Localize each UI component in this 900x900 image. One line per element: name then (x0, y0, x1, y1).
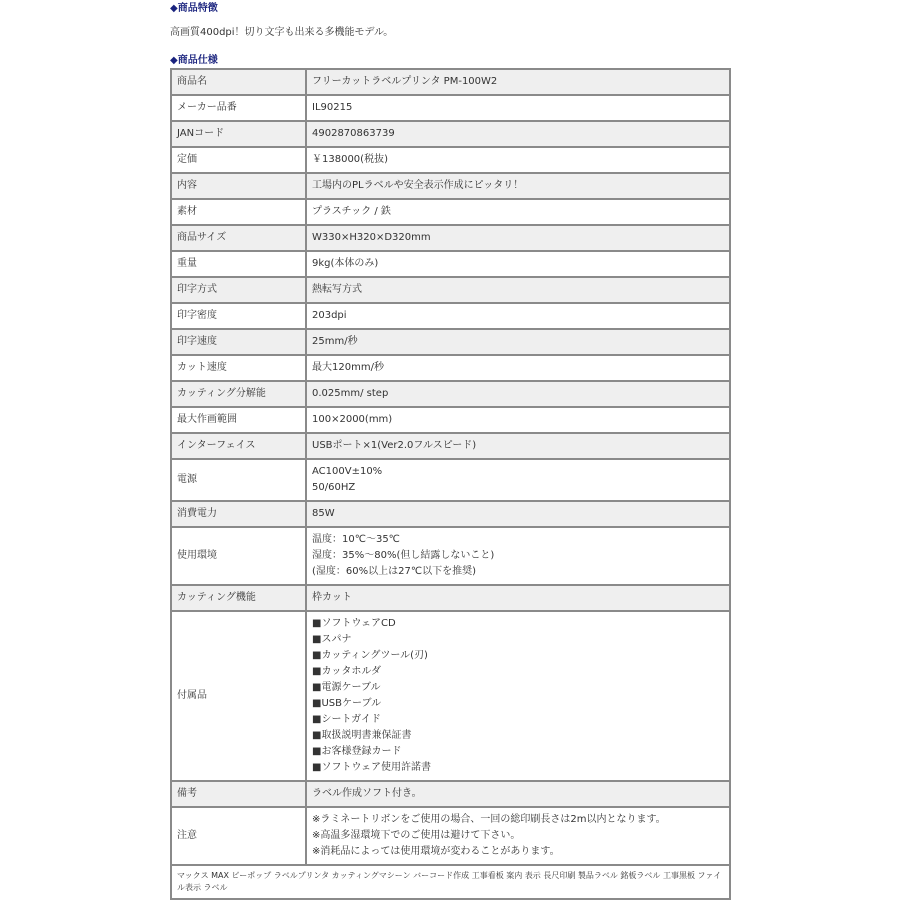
keywords-text: マックス MAX ビーポップ ラベルプリンタ カッティングマシーン バーコード作… (172, 866, 729, 898)
spec-value-line: 熱転写方式 (312, 282, 724, 298)
spec-label: 消費電力 (172, 502, 307, 528)
spec-label: 商品サイズ (172, 226, 307, 252)
spec-value-line: ■シートガイド (312, 712, 724, 728)
spec-label: 備考 (172, 782, 307, 808)
spec-label: 素材 (172, 200, 307, 226)
features-heading: ◆商品特徴 (170, 2, 732, 16)
spec-label: カッティング機能 (172, 586, 307, 612)
spec-value: ラベル作成ソフト付き。 (307, 782, 729, 808)
spec-value: 工場内のPLラベルや安全表示作成にピッタリ！ (307, 174, 729, 200)
spec-row: 商品名フリーカットラベルプリンタ PM-100W2 (172, 70, 729, 96)
spec-label: 商品名 (172, 70, 307, 96)
spec-value-line: ■ソフトウェアCD (312, 616, 724, 632)
spec-value-line: ￥138000(税抜) (312, 152, 724, 168)
spec-label: 最大作画範囲 (172, 408, 307, 434)
spec-value-line: 温度：10℃～35℃ (312, 532, 724, 548)
spec-label: カット速度 (172, 356, 307, 382)
spec-row: 注意※ラミネートリボンをご使用の場合、一回の総印刷長さは2m以内となります。※高… (172, 808, 729, 866)
spec-label: 内容 (172, 174, 307, 200)
spec-row: 印字密度203dpi (172, 304, 729, 330)
spec-value: ※ラミネートリボンをご使用の場合、一回の総印刷長さは2m以内となります。※高温多… (307, 808, 729, 866)
spec-value: AC100V±10%50/60HZ (307, 460, 729, 502)
spec-value: 100×2000(mm) (307, 408, 729, 434)
spec-row: 重量9kg(本体のみ) (172, 252, 729, 278)
spec-value: 25mm/秒 (307, 330, 729, 356)
spec-value-line: USBポート×1(Ver2.0フルスピード) (312, 438, 724, 454)
spec-label: インターフェイス (172, 434, 307, 460)
spec-value: ■ソフトウェアCD■スパナ■カッティングツール(刃)■カッタホルダ■電源ケーブル… (307, 612, 729, 782)
spec-label: 使用環境 (172, 528, 307, 586)
spec-value-line: 0.025mm/ step (312, 386, 724, 402)
spec-table: 商品名フリーカットラベルプリンタ PM-100W2メーカー品番IL90215JA… (170, 68, 731, 900)
spec-value-line: ラベル作成ソフト付き。 (312, 786, 724, 802)
spec-table-body: 商品名フリーカットラベルプリンタ PM-100W2メーカー品番IL90215JA… (172, 70, 729, 898)
spec-row: 付属品■ソフトウェアCD■スパナ■カッティングツール(刃)■カッタホルダ■電源ケ… (172, 612, 729, 782)
spec-value-line: IL90215 (312, 100, 724, 116)
spec-value-line: W330×H320×D320mm (312, 230, 724, 246)
spec-value-line: ■スパナ (312, 632, 724, 648)
spec-value-line: ■USBケーブル (312, 696, 724, 712)
product-description: ◆商品特徴 高画質400dpi！切り文字も出来る多機能モデル。 ◆商品仕様 商品… (170, 0, 732, 900)
spec-value: フリーカットラベルプリンタ PM-100W2 (307, 70, 729, 96)
spec-row: 商品サイズW330×H320×D320mm (172, 226, 729, 252)
spec-label: 重量 (172, 252, 307, 278)
spec-label: 印字密度 (172, 304, 307, 330)
spec-value-line: ※消耗品によっては使用環境が変わることがあります。 (312, 844, 724, 860)
spec-value: 最大120mm/秒 (307, 356, 729, 382)
spec-label: 印字方式 (172, 278, 307, 304)
spec-label: カッティング分解能 (172, 382, 307, 408)
spec-row: 電源AC100V±10%50/60HZ (172, 460, 729, 502)
spec-value-line: 9kg(本体のみ) (312, 256, 724, 272)
spec-label: メーカー品番 (172, 96, 307, 122)
spec-value-line: ■カッタホルダ (312, 664, 724, 680)
spec-value-line: 85W (312, 506, 724, 522)
spec-row: JANコード4902870863739 (172, 122, 729, 148)
spec-row: 消費電力85W (172, 502, 729, 528)
spec-row: カッティング分解能0.025mm/ step (172, 382, 729, 408)
spec-row: 素材プラスチック / 鉄 (172, 200, 729, 226)
spec-value-line: ■電源ケーブル (312, 680, 724, 696)
spec-value-line: 203dpi (312, 308, 724, 324)
specs-heading: ◆商品仕様 (170, 54, 732, 68)
spec-value: ￥138000(税抜) (307, 148, 729, 174)
features-text: 高画質400dpi！切り文字も出来る多機能モデル。 (170, 26, 732, 40)
spec-value-line: 工場内のPLラベルや安全表示作成にピッタリ！ (312, 178, 724, 194)
spec-label: 付属品 (172, 612, 307, 782)
spec-value: 9kg(本体のみ) (307, 252, 729, 278)
spec-value-line: (湿度：60%以上は27℃以下を推奨) (312, 564, 724, 580)
spec-value-line: ■ソフトウェア使用許諾書 (312, 760, 724, 776)
spec-row: 備考ラベル作成ソフト付き。 (172, 782, 729, 808)
spec-row: 印字方式熱転写方式 (172, 278, 729, 304)
spec-value-line: ※高温多湿環境下でのご使用は避けて下さい。 (312, 828, 724, 844)
spec-label: JANコード (172, 122, 307, 148)
spec-row: メーカー品番IL90215 (172, 96, 729, 122)
spec-value: 0.025mm/ step (307, 382, 729, 408)
spec-value-line: 湿度：35%～80%(但し結露しないこと) (312, 548, 724, 564)
spec-value-line: 4902870863739 (312, 126, 724, 142)
spec-value-line: 枠カット (312, 590, 724, 606)
spec-row: 内容工場内のPLラベルや安全表示作成にピッタリ！ (172, 174, 729, 200)
spec-value-line: ■お客様登録カード (312, 744, 724, 760)
spec-label: 定価 (172, 148, 307, 174)
keywords-row: マックス MAX ビーポップ ラベルプリンタ カッティングマシーン バーコード作… (172, 866, 729, 898)
spec-value-line: 25mm/秒 (312, 334, 724, 350)
spec-row: カット速度最大120mm/秒 (172, 356, 729, 382)
spec-row: 印字速度25mm/秒 (172, 330, 729, 356)
spec-value: 4902870863739 (307, 122, 729, 148)
spec-row: 定価￥138000(税抜) (172, 148, 729, 174)
spec-value-line: プラスチック / 鉄 (312, 204, 724, 220)
spec-value-line: AC100V±10% (312, 464, 724, 480)
spec-value: W330×H320×D320mm (307, 226, 729, 252)
spec-value: 203dpi (307, 304, 729, 330)
spec-value: USBポート×1(Ver2.0フルスピード) (307, 434, 729, 460)
spec-row: 使用環境温度：10℃～35℃湿度：35%～80%(但し結露しないこと)(湿度：6… (172, 528, 729, 586)
spec-value-line: ※ラミネートリボンをご使用の場合、一回の総印刷長さは2m以内となります。 (312, 812, 724, 828)
spec-value-line: フリーカットラベルプリンタ PM-100W2 (312, 74, 724, 90)
spec-value-line: 50/60HZ (312, 480, 724, 496)
spec-value: 温度：10℃～35℃湿度：35%～80%(但し結露しないこと)(湿度：60%以上… (307, 528, 729, 586)
spec-row: カッティング機能枠カット (172, 586, 729, 612)
spec-value-line: ■カッティングツール(刃) (312, 648, 724, 664)
spec-value: 熱転写方式 (307, 278, 729, 304)
spec-row: 最大作画範囲100×2000(mm) (172, 408, 729, 434)
spec-label: 電源 (172, 460, 307, 502)
spec-label: 印字速度 (172, 330, 307, 356)
spec-row: インターフェイスUSBポート×1(Ver2.0フルスピード) (172, 434, 729, 460)
spec-value-line: ■取扱説明書兼保証書 (312, 728, 724, 744)
spec-value-line: 100×2000(mm) (312, 412, 724, 428)
spec-value: 枠カット (307, 586, 729, 612)
spec-label: 注意 (172, 808, 307, 866)
spec-value: プラスチック / 鉄 (307, 200, 729, 226)
spec-value: IL90215 (307, 96, 729, 122)
spec-value-line: 最大120mm/秒 (312, 360, 724, 376)
spec-value: 85W (307, 502, 729, 528)
